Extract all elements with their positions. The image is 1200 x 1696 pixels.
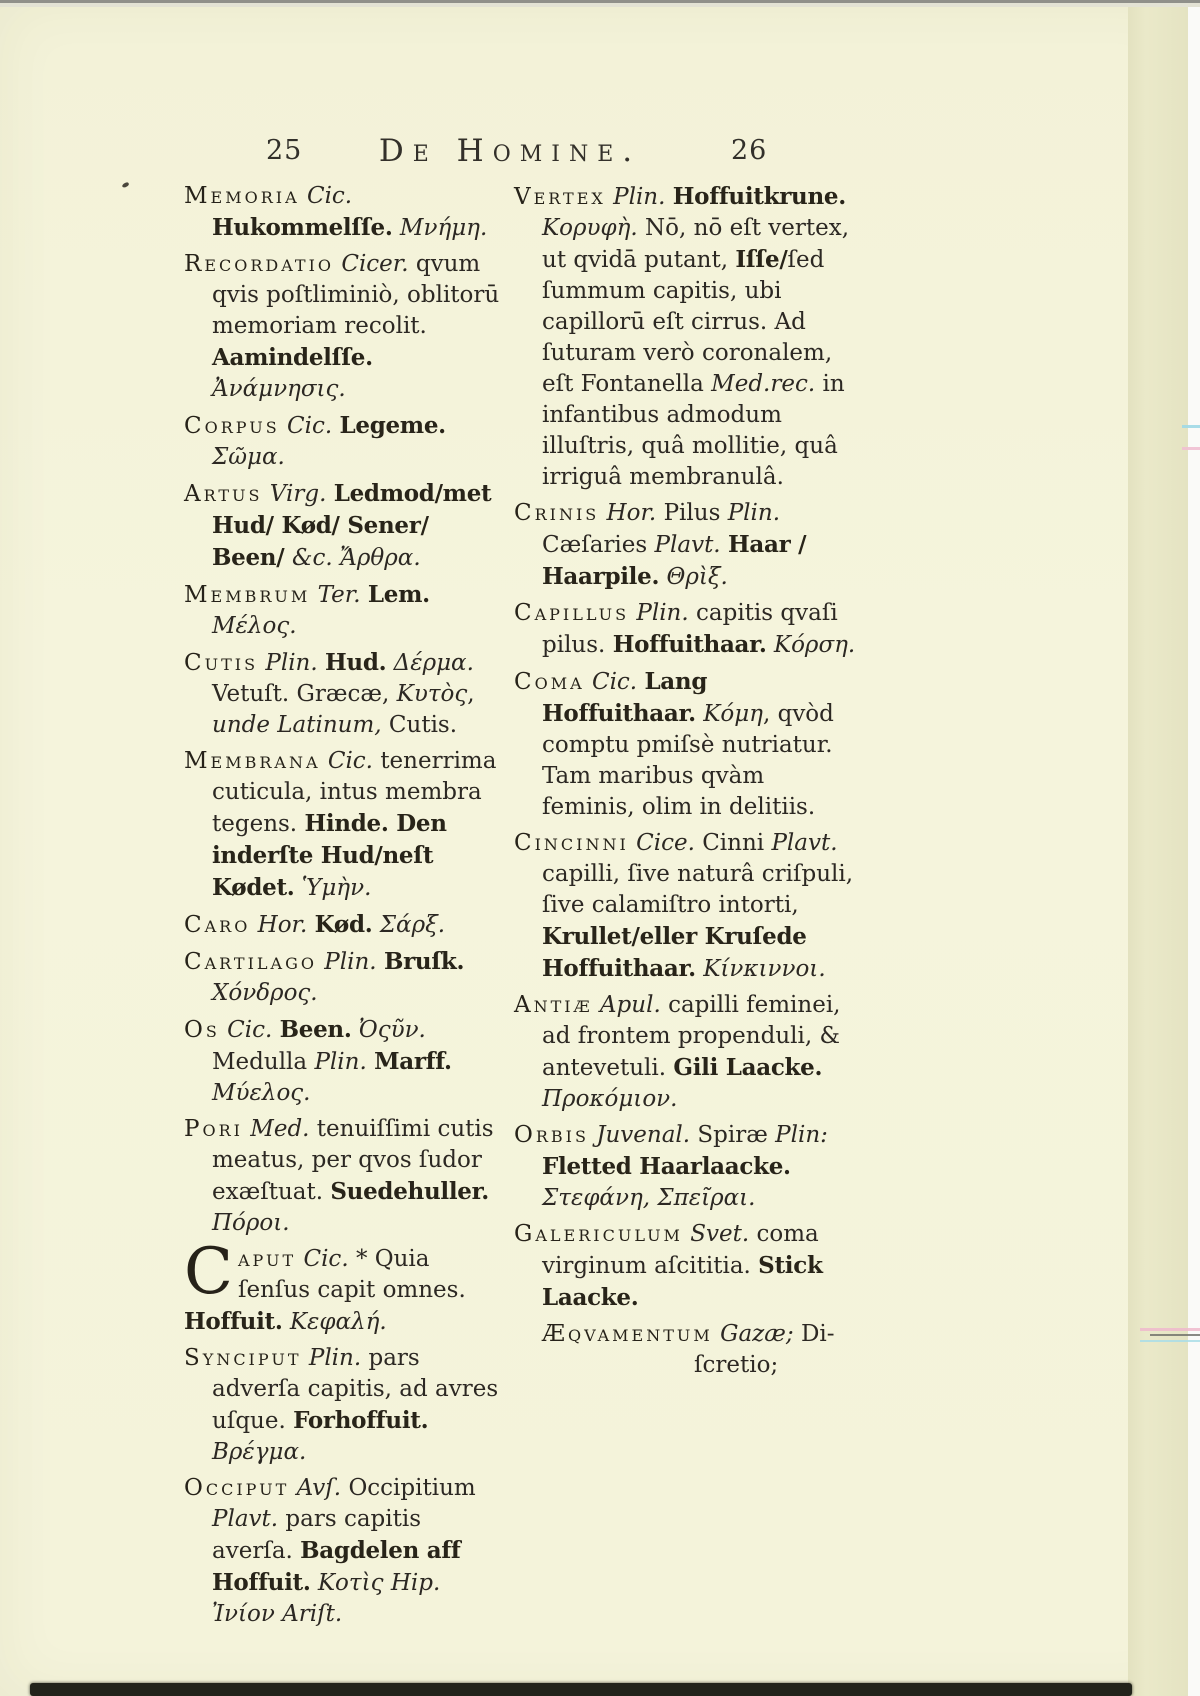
dictionary-entry-cincinni: Cincinni Cice. Cinni Plavt. capilli, ſiv… <box>542 828 861 985</box>
text-segment-it: Med.rec. <box>711 371 815 397</box>
scan-artifact-line <box>1140 1340 1200 1342</box>
dictionary-entry-vertex: Vertex Plin. Hoffuitkrune. Κορυφὴ. Nō, n… <box>542 181 861 493</box>
text-segment-it: Plavt. <box>655 532 728 558</box>
text-segment-lemma: aput <box>238 1246 296 1272</box>
text-segment-lemma: Crinis <box>514 500 599 526</box>
text-segment-gr: Κυτὸς <box>397 681 468 707</box>
text-segment-bl: Suedehuller. <box>330 1178 489 1205</box>
text-segment-bl: Hud. <box>325 649 386 676</box>
text-segment-lemma: Membrum <box>184 582 310 608</box>
text-segment-lemma: Æqvamentum <box>542 1321 713 1347</box>
text-segment-it: Med. <box>243 1116 317 1142</box>
left-text-column: Memoria Cic. Hukommelſſe. Μνήμη.Recordat… <box>184 181 507 1635</box>
text-segment-it: unde Latinum, <box>212 712 382 738</box>
text-segment-gr: Ἀνάμνησις. <box>212 376 346 402</box>
text-segment-bl: Been. <box>280 1016 352 1043</box>
text-segment-it: Apul. <box>593 992 668 1018</box>
text-segment-it: Cic. <box>220 1017 280 1043</box>
text-segment-gr: Κόρση. <box>767 632 856 658</box>
text-segment-it: Cic. <box>321 748 381 774</box>
text-segment-lemma: Cartilago <box>184 949 317 975</box>
text-segment-ro: capilli, ſive naturâ criſpuli, ſive cala… <box>542 861 853 918</box>
text-segment-gr: Στεφάνη, Σπεῖραι. <box>542 1185 755 1211</box>
text-segment-it: Plin. <box>629 600 696 626</box>
page-number-right: 26 <box>731 135 767 166</box>
dictionary-entry-antiae: Antiæ Apul. capilli feminei, ad frontem … <box>542 990 861 1115</box>
text-segment-bl: Forhoffuit. <box>293 1407 428 1434</box>
text-segment-ro: , <box>467 681 474 707</box>
text-segment-it: Plin. <box>258 650 325 676</box>
text-segment-it: Svet. <box>683 1221 757 1247</box>
text-segment-ro: Cutis. <box>382 712 457 738</box>
text-segment-ro: Di- <box>801 1321 835 1347</box>
text-segment-lemma: Memoria <box>184 183 300 209</box>
page-number-left: 25 <box>266 135 302 166</box>
scan-artifact-line <box>1150 1334 1200 1336</box>
text-segment-lemma: Os <box>184 1017 220 1043</box>
dictionary-entry-coma: Coma Cic. Lang Hoffuithaar. Κόμη, qvòd c… <box>542 666 861 823</box>
text-segment-bl: Hoffuit. <box>184 1308 283 1335</box>
text-segment-ro: Spiræ <box>697 1122 775 1148</box>
ink-speck <box>121 182 129 189</box>
text-segment-it: Cice. <box>629 830 702 856</box>
text-segment-gr: Χόνδρος. <box>212 980 318 1006</box>
text-segment-lemma: Galericulum <box>514 1221 683 1247</box>
text-segment-it: Cicer. <box>334 251 416 277</box>
text-segment-ro: Vetuſt. Græcæ, <box>212 681 397 707</box>
dictionary-entry-membrana: Membrana Cic. tenerrima cuticula, intus … <box>212 746 507 904</box>
text-segment-gr: Ἄρθρα. <box>340 545 421 571</box>
dictionary-entry-memoria: Memoria Cic. Hukommelſſe. Μνήμη. <box>212 181 507 244</box>
text-segment-it: Plin. <box>606 184 673 210</box>
text-segment-lemma: Artus <box>184 481 263 507</box>
dictionary-entry-synciput: Synciput Plin. pars adverſa capitis, ad … <box>212 1343 507 1468</box>
dictionary-entry-cartilago: Cartilago Plin. Bruſk. Χόνδρος. <box>212 946 507 1009</box>
dictionary-entry-recordatio: Recordatio Cicer. qvum qvis poſtliminiò,… <box>212 249 507 405</box>
text-segment-gr: Κίνκιννοι. <box>696 956 826 982</box>
text-segment-it: Hip. <box>391 1570 440 1596</box>
text-segment-block: ſcretio; <box>694 1350 861 1381</box>
text-segment-lemma: Orbis <box>514 1122 589 1148</box>
scan-background: { "header": { "left_page_number": "25", … <box>0 0 1200 1696</box>
text-segment-lemma: Membrana <box>184 748 321 774</box>
text-segment-it: Gazæ; <box>713 1321 801 1347</box>
dictionary-entry-galericulum: Galericulum Svet. coma virginum aſcititi… <box>542 1219 861 1314</box>
text-segment-it: Plavt. <box>212 1506 285 1532</box>
text-segment-bl: Hukommelſſe. <box>212 214 393 241</box>
text-segment-ro: Cinni <box>702 830 771 856</box>
scan-artifact-line <box>1182 447 1200 450</box>
text-segment-bl: Legeme. <box>339 412 445 439</box>
text-segment-lemma: Caro <box>184 912 250 938</box>
text-segment-gr: Θρὶξ. <box>659 564 728 590</box>
text-segment-gr: Μνήμη. <box>393 215 488 241</box>
book-page: 25 De Homine. 26 Memoria Cic. Hukommelſſ… <box>0 0 1190 1696</box>
text-segment-it: Hor. <box>599 500 663 526</box>
text-segment-ro: Pilus <box>664 500 728 526</box>
text-segment-it: Plin. <box>317 949 384 975</box>
text-segment-lemma: Capillus <box>514 600 629 626</box>
text-segment-bl: Hoffuithaar. <box>613 631 767 658</box>
page-header: 25 De Homine. 26 <box>0 133 1190 173</box>
text-segment-it: Plin. <box>728 500 780 526</box>
scan-shadow-bottom <box>30 1683 1132 1696</box>
dictionary-entry-os: Os Cic. Been. Ὀςῦν. Medulla Plin. Marff.… <box>212 1014 507 1109</box>
dictionary-entry-pori: Pori Med. tenuiſſimi cutis meatus, per q… <box>212 1114 507 1239</box>
text-segment-lemma: Corpus <box>184 413 280 439</box>
text-segment-lemma: Coma <box>514 669 585 695</box>
dictionary-entry-caput: Caput Cic. * Quia ſenſus capit omnes. Ho… <box>184 1244 507 1338</box>
text-segment-ro: Cæſaries <box>542 532 655 558</box>
text-segment-it: Virg. <box>263 481 334 507</box>
text-segment-gr: Ὀςῦν. <box>352 1017 426 1043</box>
scanner-margin-right <box>1188 0 1200 1696</box>
text-segment-lemma: Recordatio <box>184 251 334 277</box>
text-segment-lemma: Antiæ <box>514 992 593 1018</box>
text-segment-bl: Aamindelſſe. <box>212 344 373 371</box>
text-segment-it: Ter. <box>310 582 368 608</box>
dictionary-entry-caro: Caro Hor. Kød. Σάρξ. <box>212 909 507 941</box>
text-segment-gr: Κοτὶς <box>311 1570 391 1596</box>
text-segment-lemma: Vertex <box>514 184 606 210</box>
scan-artifact-line <box>1182 425 1200 428</box>
dictionary-entry-membrum: Membrum Ter. Lem. Μέλος. <box>212 579 507 642</box>
text-segment-gr: Σάρξ. <box>372 912 445 938</box>
text-segment-gr: Δέρμα. <box>386 650 474 676</box>
text-segment-bl: Iſſe/ <box>735 246 787 273</box>
text-segment-it: Ariſt. <box>282 1601 342 1627</box>
text-segment-bl: Kød. <box>315 911 373 938</box>
text-segment-it: Cic. <box>296 1246 356 1272</box>
text-segment-gr: Κόμη <box>696 701 763 727</box>
dictionary-entry-aeqvamentum: Æqvamentum Gazæ; Di-ſcretio; <box>542 1319 861 1381</box>
text-segment-gr: Πόροι. <box>212 1210 290 1236</box>
text-segment-it: Cic. <box>300 183 352 209</box>
text-segment-bl: Fletted Haarlaacke. <box>542 1153 791 1180</box>
text-segment-it: Plin: <box>775 1122 828 1148</box>
text-segment-lemma: Cincinni <box>514 830 629 856</box>
text-segment-gr: Ἰνίον <box>212 1601 282 1627</box>
page-top-edge <box>0 0 1200 12</box>
scan-artifact-line <box>1140 1328 1200 1331</box>
text-segment-bl: Gili Laacke. <box>673 1054 822 1081</box>
text-segment-it: Plin. <box>302 1345 369 1371</box>
dictionary-entry-capillus: Capillus Plin. capitis qvaſi pilus. Hoff… <box>542 598 861 661</box>
text-segment-ro: Occipitium <box>348 1475 475 1501</box>
dictionary-entry-crinis: Crinis Hor. Pilus Plin. Cæſaries Plavt. … <box>542 498 861 593</box>
text-segment-gr: Κορυφὴ. <box>542 215 638 241</box>
dictionary-entry-occiput: Occiput Avſ. Occipitium Plavt. pars capi… <box>212 1473 507 1630</box>
text-segment-it: Cic. <box>585 669 645 695</box>
dictionary-entry-corpus: Corpus Cic. Legeme. Σῶμα. <box>212 410 507 473</box>
text-segment-gr: Κεφαλή. <box>283 1309 387 1335</box>
text-segment-bl: Marff. <box>374 1048 452 1075</box>
text-segment-lemma: Occiput <box>184 1475 289 1501</box>
text-segment-gr: Μέλος. <box>212 613 297 639</box>
text-segment-bl: Lem. <box>368 581 430 608</box>
text-segment-gr: Ὑμὴν. <box>294 875 371 901</box>
text-segment-bl: Bruſk. <box>384 948 464 975</box>
text-segment-ro: Medulla <box>212 1049 314 1075</box>
page-right-edge <box>1128 0 1188 1696</box>
dictionary-entry-cutis: Cutis Plin. Hud. Δέρμα. Vetuſt. Græcæ, Κ… <box>212 647 507 741</box>
running-title: De Homine. <box>360 133 660 169</box>
text-segment-it: &c. <box>292 545 340 571</box>
text-segment-it: Juvenal. <box>589 1122 697 1148</box>
text-segment-gr: Προκόμιον. <box>542 1086 677 1112</box>
text-segment-gr: Μύελος. <box>212 1080 311 1106</box>
text-segment-it: Hor. <box>250 912 314 938</box>
text-segment-it: Plavt. <box>771 830 837 856</box>
right-text-column: Vertex Plin. Hoffuitkrune. Κορυφὴ. Nō, n… <box>514 181 861 1386</box>
text-segment-it: Plin. <box>314 1049 374 1075</box>
text-segment-gr: Σῶμα. <box>212 444 285 470</box>
text-segment-lemma: Cutis <box>184 650 258 676</box>
text-segment-it: Cic. <box>280 413 340 439</box>
text-segment-it: Avſ. <box>289 1475 348 1501</box>
dictionary-entry-artus: Artus Virg. Ledmod/met Hud/ Kød/ Sener/ … <box>212 478 507 574</box>
text-segment-lemma: Pori <box>184 1116 243 1142</box>
dictionary-entry-orbis: Orbis Juvenal. Spiræ Plin: Fletted Haarl… <box>542 1120 861 1214</box>
text-segment-dropcap: C <box>184 1246 233 1298</box>
text-segment-lemma: Synciput <box>184 1345 302 1371</box>
text-segment-gr: Βρέγμα. <box>212 1439 306 1465</box>
text-segment-bl: Hoffuitkrune. <box>673 183 846 210</box>
